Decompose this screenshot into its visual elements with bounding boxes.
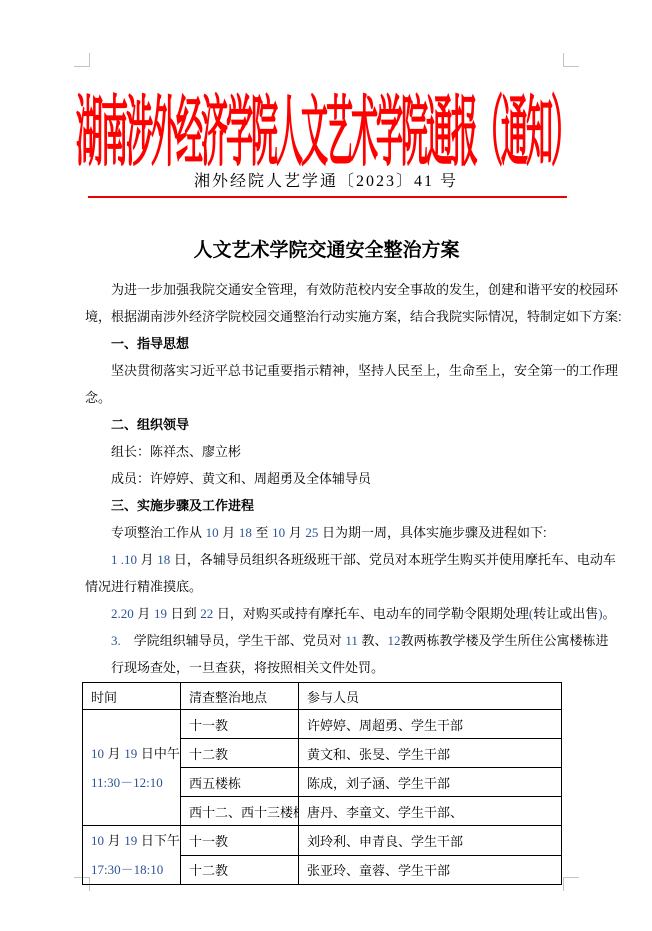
body-line: 念。 bbox=[85, 384, 568, 411]
numeric-text: 1 .10 bbox=[111, 552, 137, 567]
people-cell: 黄文和、张旻、学生干部 bbox=[299, 739, 562, 768]
place-cell: 十二教 bbox=[181, 855, 299, 885]
numeric-text: 10 bbox=[206, 525, 219, 540]
margin-crop-mark-top-right bbox=[563, 53, 579, 67]
margin-crop-mark-top-left bbox=[74, 53, 90, 67]
numeric-text: 3. bbox=[111, 633, 121, 648]
numeric-text: 18 bbox=[157, 552, 170, 567]
body-line: 专项整治工作从 10 月 18 至 10 月 25 日为期一周，具体实施步骤及进… bbox=[85, 519, 568, 546]
numeric-text: 10 bbox=[91, 746, 104, 761]
table-body: 10 月 19 日中午11:30－12:10十一教许婷婷、周超勇、学生干部十二教… bbox=[83, 710, 562, 885]
text-run: 行现场查处，一旦查获，将按照相关文件处罚。 bbox=[111, 660, 384, 675]
table-header-row: 时间清查整治地点参与人员 bbox=[83, 683, 562, 710]
text-run: 教、 bbox=[358, 633, 388, 648]
text-run: 月 bbox=[104, 833, 124, 848]
body-line: 情况进行精准摸底。 bbox=[85, 573, 568, 600]
text-run: 转让或出售 bbox=[533, 606, 598, 621]
section-heading: 三、实施步骤及工作进程 bbox=[85, 492, 568, 519]
text-run: 学院组织辅导员，学生干部、党员对 bbox=[121, 633, 346, 648]
text-run: 境，根据湖南涉外经济学院校园交通整治行动实施方案，结合我院实际情况，特制定如下方… bbox=[85, 309, 622, 324]
place-cell: 西五楼栋 bbox=[181, 768, 299, 797]
numeric-text: 22 bbox=[200, 606, 213, 621]
people-cell: 陈成，刘子涵、学生干部 bbox=[299, 768, 562, 797]
time-cell: 10 月 19 日下午17:30－18:10 bbox=[83, 826, 181, 885]
place-cell: 十二教 bbox=[181, 739, 299, 768]
text-run: 。 bbox=[603, 606, 616, 621]
text-run: 一、指导思想 bbox=[111, 336, 189, 351]
people-cell: 张亚玲、童蓉、学生干部 bbox=[299, 855, 562, 885]
body-line: 行现场查处，一旦查获，将按照相关文件处罚。 bbox=[85, 654, 568, 681]
text-run: 专项整治工作从 bbox=[111, 525, 206, 540]
time-line: 10 月 19 日下午 bbox=[91, 826, 176, 855]
body-line: 2.20 月 19 日到 22 日，对购买或持有摩托车、电动车的同学勒令限期处理… bbox=[85, 600, 568, 627]
text-run: 日到 bbox=[167, 606, 200, 621]
table-row: 10 月 19 日中午11:30－12:10十一教许婷婷、周超勇、学生干部 bbox=[83, 710, 562, 739]
numeric-text: 19 bbox=[124, 833, 137, 848]
people-cell: 唐丹、李童文、学生干部、 bbox=[299, 797, 562, 826]
text-run: 月 bbox=[219, 525, 239, 540]
place-cell: 西十二、西十三楼栋 bbox=[181, 797, 299, 826]
numeric-text: 17:30－18:10 bbox=[91, 862, 163, 877]
numeric-text: 19 bbox=[154, 606, 167, 621]
document-page: 湖南涉外经济学院人文艺术学院通报（通知） 湘外经院人艺学通〔2023〕41 号 … bbox=[0, 0, 652, 931]
table-row: 10 月 19 日下午17:30－18:10十一教刘玲利、申青良、学生干部 bbox=[83, 826, 562, 856]
text-run: 日，对购买或持有摩托车、电动车的同学勒令限期处理 bbox=[213, 606, 529, 621]
text-run: 日，各辅导员组织各班级班干部、党员对本班学生购买并使用摩托车、电动车 bbox=[170, 552, 616, 567]
inspection-schedule-table: 时间清查整治地点参与人员 10 月 19 日中午11:30－12:10十一教许婷… bbox=[82, 682, 562, 885]
table-column-header: 参与人员 bbox=[299, 683, 562, 710]
text-run: 日下午 bbox=[137, 833, 180, 848]
numeric-text: 10 bbox=[91, 833, 104, 848]
numeric-text: 12 bbox=[388, 633, 401, 648]
numeric-text: 2.20 bbox=[111, 606, 134, 621]
text-run: 二、组织领导 bbox=[111, 417, 189, 432]
people-cell: 许婷婷、周超勇、学生干部 bbox=[299, 710, 562, 739]
body-line: 坚决贯彻落实习近平总书记重要指示精神，坚持人民至上，生命至上，安全第一的工作理 bbox=[85, 357, 568, 384]
document-content: 人文艺术学院交通安全整治方案 为进一步加强我院交通安全管理，有效防范校内安全事故… bbox=[85, 238, 568, 885]
section-heading: 一、指导思想 bbox=[85, 330, 568, 357]
time-line: 17:30－18:10 bbox=[91, 855, 176, 884]
document-title: 人文艺术学院交通安全整治方案 bbox=[85, 238, 568, 264]
letterhead-banner-text: 湖南涉外经济学院人文艺术学院通报（通知） bbox=[76, 70, 576, 181]
body-line: 3. 学院组织辅导员，学生干部、党员对 11 教、12教两栋教学楼及学生所住公寓… bbox=[85, 627, 568, 654]
numeric-text: 11:30－12:10 bbox=[91, 775, 163, 790]
text-run: 念。 bbox=[85, 390, 111, 405]
body-line: 境，根据湖南涉外经济学院校园交通整治行动实施方案，结合我院实际情况，特制定如下方… bbox=[85, 303, 568, 330]
body-line: 1 .10 月 18 日，各辅导员组织各班级班干部、党员对本班学生购买并使用摩托… bbox=[85, 546, 568, 573]
numeric-text: 19 bbox=[124, 746, 137, 761]
section-heading: 二、组织领导 bbox=[85, 411, 568, 438]
body-line: 组长：陈祥杰、廖立彬 bbox=[85, 438, 568, 465]
numeric-text: 25 bbox=[305, 525, 318, 540]
text-run: 至 bbox=[252, 525, 272, 540]
text-run: 月 bbox=[137, 552, 157, 567]
time-line: 10 月 19 日中午 bbox=[91, 739, 176, 768]
text-run: 组长：陈祥杰、廖立彬 bbox=[111, 444, 241, 459]
numeric-text: 11 bbox=[345, 633, 358, 648]
body-line: 成员：许婷婷、黄文和、周超勇及全体辅导员 bbox=[85, 465, 568, 492]
text-run: 成员：许婷婷、黄文和、周超勇及全体辅导员 bbox=[111, 471, 371, 486]
table-column-header: 时间 bbox=[83, 683, 181, 710]
letterhead-banner: 湖南涉外经济学院人文艺术学院通报（通知） bbox=[0, 70, 652, 109]
text-run: 坚决贯彻落实习近平总书记重要指示精神，坚持人民至上，生命至上，安全第一的工作理 bbox=[111, 363, 618, 378]
body-line: 为进一步加强我院交通安全管理，有效防范校内安全事故的发生，创建和谐平安的校园环 bbox=[85, 276, 568, 303]
text-run: 为进一步加强我院交通安全管理，有效防范校内安全事故的发生，创建和谐平安的校园环 bbox=[111, 282, 618, 297]
document-number: 湘外经院人艺学通〔2023〕41 号 bbox=[0, 168, 652, 191]
place-cell: 十一教 bbox=[181, 826, 299, 856]
text-run: 月 bbox=[285, 525, 305, 540]
text-run: 日中午 bbox=[137, 746, 180, 761]
people-cell: 刘玲利、申青良、学生干部 bbox=[299, 826, 562, 856]
document-body-lines: 为进一步加强我院交通安全管理，有效防范校内安全事故的发生，创建和谐平安的校园环境… bbox=[85, 276, 568, 681]
numeric-text: 18 bbox=[239, 525, 252, 540]
text-run: 三、实施步骤及工作进程 bbox=[111, 498, 254, 513]
time-cell: 10 月 19 日中午11:30－12:10 bbox=[83, 710, 181, 826]
time-line: 11:30－12:10 bbox=[91, 768, 176, 797]
text-run: 情况进行精准摸底。 bbox=[85, 579, 202, 594]
numeric-text: 10 bbox=[272, 525, 285, 540]
text-run: 月 bbox=[104, 746, 124, 761]
table-column-header: 清查整治地点 bbox=[181, 683, 299, 710]
red-divider-rule bbox=[88, 196, 567, 198]
text-run: 教两栋教学楼及学生所住公寓楼栋进 bbox=[401, 633, 609, 648]
text-run: 月 bbox=[134, 606, 154, 621]
text-run: 日为期一周，具体实施步骤及进程如下: bbox=[318, 525, 546, 540]
place-cell: 十一教 bbox=[181, 710, 299, 739]
